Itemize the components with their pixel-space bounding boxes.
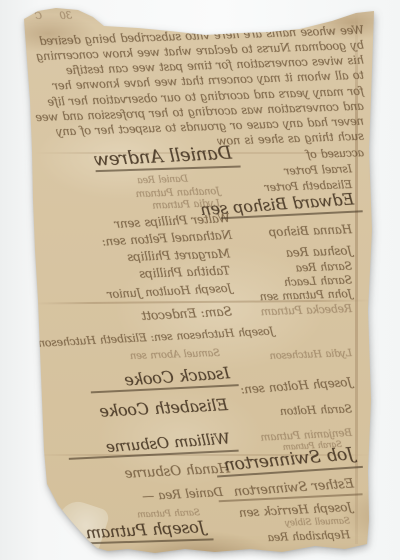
- paper-shadow-wrap: C30 Wee whose nams are here vnto subscri…: [0, 0, 400, 560]
- signature-name: Samuel Aborn sen: [98, 349, 220, 363]
- signature-name: Sarah Holton: [256, 403, 352, 417]
- signature-name: Isaack Cooke: [92, 365, 231, 391]
- signature-name: Rebecka Putnam: [238, 303, 352, 318]
- signature-name: Sarah Leach: [260, 274, 352, 288]
- photo-background: C30 Wee whose nams are here vnto subscri…: [0, 0, 400, 560]
- signature-name: Tabitha Phillips: [88, 265, 230, 282]
- signature-name: Daniel Rea: [100, 174, 188, 187]
- manuscript-paper: C30 Wee whose nams are here vnto subscri…: [0, 0, 400, 560]
- signature-name: Sarah Rea: [268, 261, 352, 275]
- signature-name: Hanna Bishop: [248, 223, 352, 239]
- signature-name: Hephzibah Rea: [246, 529, 350, 544]
- signature-name: Edward Bishop sen: [222, 191, 355, 216]
- signature-name: Elisabeth Cooke: [76, 397, 229, 421]
- signature-name: Joshua Rea: [260, 244, 352, 259]
- archive-number-mark: 30: [50, 11, 72, 22]
- signature-name: John Putnam sen: [242, 288, 352, 303]
- signature-name: Joseph Hutcheson sen: Elizibeth Hutcheso…: [62, 325, 274, 347]
- signature-name: Daniel Rea —: [105, 486, 223, 504]
- signature-name: Sam: Endecott: [92, 305, 232, 325]
- signature-name: William Osburne: [70, 431, 231, 457]
- signature-name: Israel Porter: [252, 163, 352, 177]
- signature-name: Margaret Phillips: [82, 247, 230, 264]
- signature-name: Joseph Holton sen:: [232, 376, 353, 396]
- handwriting-line: accused of: [254, 147, 364, 162]
- archive-number-mark: C: [28, 12, 42, 22]
- signature-name: Daniell Andrew: [97, 144, 233, 169]
- ink-layer: C30 Wee whose nams are here vnto subscri…: [0, 0, 400, 560]
- signature-name: Joseph Putnam: [55, 519, 206, 543]
- signature-name: Esther Swinnerton: [220, 477, 355, 499]
- signature-name: Hanah Osburne: [90, 462, 231, 483]
- signature-name: Lydia Hutcheson: [240, 349, 352, 363]
- signature-name: Joseph Houlton Junior: [66, 283, 232, 303]
